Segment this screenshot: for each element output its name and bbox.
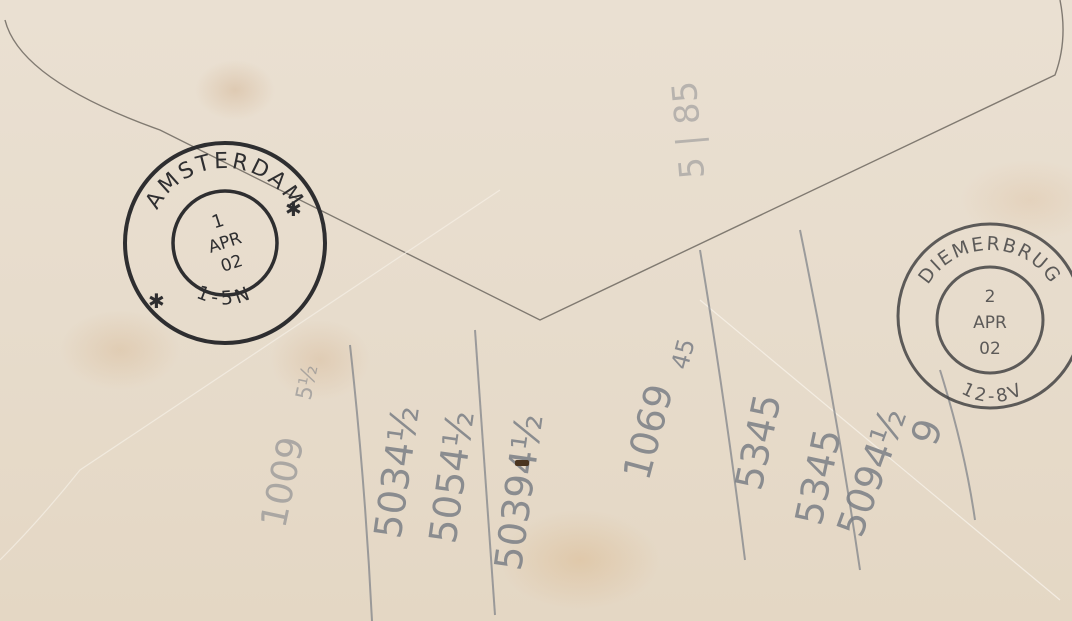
svg-text:02: 02 — [218, 251, 245, 277]
diemerbrug-postmark: DIEMERBRUG 2 APR 02 12-8V — [893, 212, 1072, 422]
amsterdam-postmark: AMSTERDAM ✱ ✱ 1 APR 02 1-5N — [120, 138, 330, 348]
svg-text:2: 2 — [985, 287, 996, 307]
svg-text:1: 1 — [209, 210, 226, 234]
svg-text:02: 02 — [979, 339, 1001, 359]
pencil-note-top-flap: 5 | 85 — [665, 79, 713, 180]
pencil-line: 1009 — [254, 433, 313, 531]
svg-text:✱: ✱ — [148, 289, 165, 313]
svg-text:AMSTERDAM: AMSTERDAM — [141, 149, 309, 214]
svg-text:APR: APR — [973, 313, 1007, 333]
svg-text:1-5N: 1-5N — [194, 282, 257, 310]
envelope-back: AMSTERDAM ✱ ✱ 1 APR 02 1-5N DIEMERBRUG 2… — [0, 0, 1072, 621]
ink-speck — [515, 460, 529, 466]
svg-text:✱: ✱ — [285, 197, 302, 221]
